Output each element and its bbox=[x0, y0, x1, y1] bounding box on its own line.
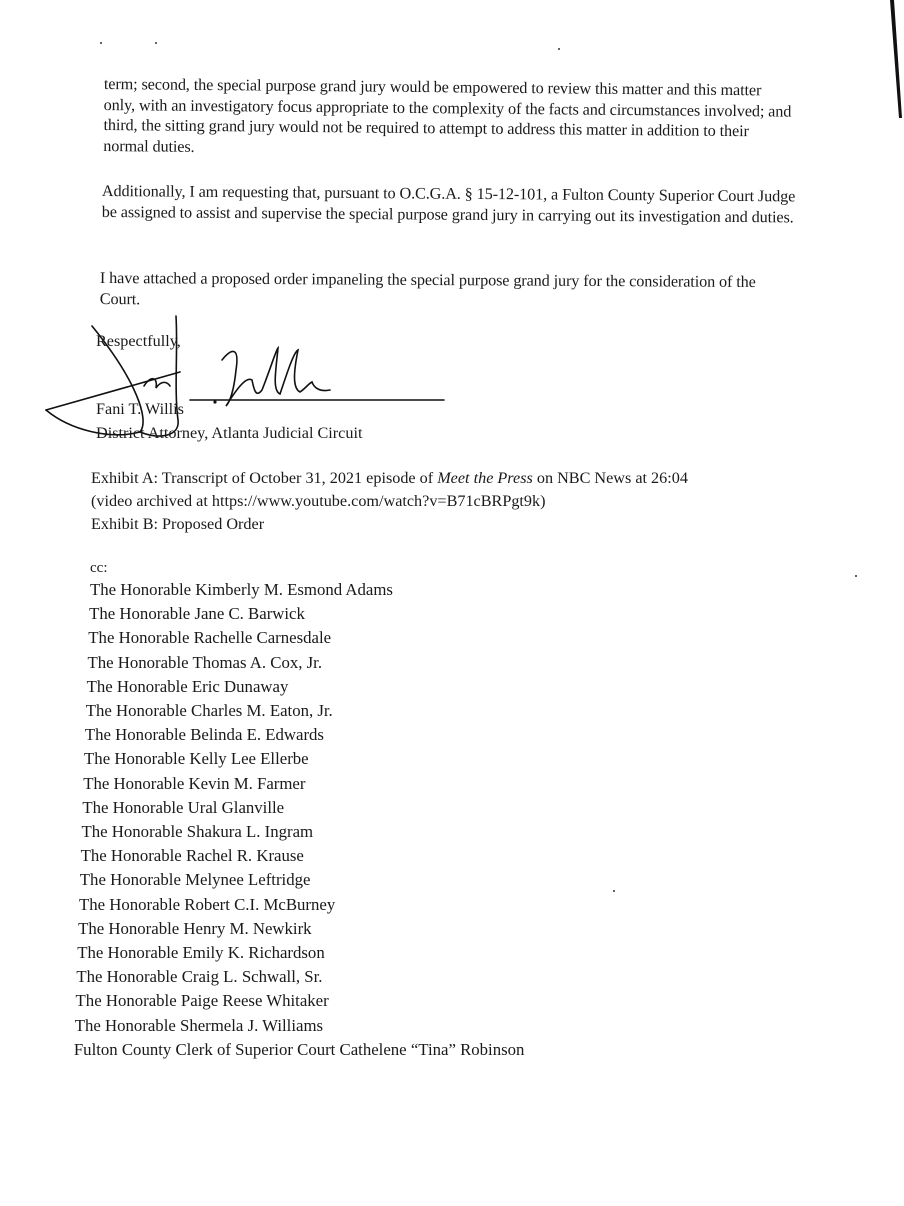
exhibit-a-prefix: Exhibit A: Transcript of October 31, 202… bbox=[91, 469, 437, 487]
paragraph-proposed-order: I have attached a proposed order impanel… bbox=[100, 268, 800, 313]
cc-recipient: The Honorable Craig L. Schwall, Sr. bbox=[76, 967, 322, 987]
scan-edge-mark-icon bbox=[888, 0, 904, 120]
scan-speck bbox=[613, 890, 615, 892]
cc-recipient: The Honorable Shakura L. Ingram bbox=[82, 822, 314, 842]
cc-recipient: The Honorable Rachel R. Krause bbox=[81, 846, 304, 866]
cc-label: cc: bbox=[90, 560, 107, 577]
scan-speck bbox=[155, 42, 157, 44]
exhibit-a-suffix: on NBC News at 26:04 bbox=[533, 469, 688, 487]
exhibit-a: Exhibit A: Transcript of October 31, 202… bbox=[91, 467, 811, 490]
cc-recipient: The Honorable Jane C. Barwick bbox=[89, 604, 305, 624]
cc-recipient: The Honorable Belinda E. Edwards bbox=[85, 725, 324, 745]
cc-recipient: The Honorable Robert C.I. McBurney bbox=[79, 895, 335, 915]
exhibit-a-video-link: (video archived at https://www.youtube.c… bbox=[91, 490, 811, 513]
scan-speck bbox=[100, 42, 102, 44]
cc-recipient: The Honorable Rachelle Carnesdale bbox=[88, 628, 331, 648]
signatory-title: District Attorney, Atlanta Judicial Circ… bbox=[96, 424, 362, 443]
cc-recipient: The Honorable Eric Dunaway bbox=[87, 677, 289, 697]
cc-recipient: Fulton County Clerk of Superior Court Ca… bbox=[74, 1040, 525, 1060]
exhibit-a-show-title: Meet the Press bbox=[437, 469, 533, 487]
cc-recipient: The Honorable Kelly Lee Ellerbe bbox=[84, 749, 309, 769]
cc-recipient: The Honorable Henry M. Newkirk bbox=[78, 919, 311, 939]
paragraph-judge-request: Additionally, I am requesting that, purs… bbox=[102, 181, 802, 227]
cc-recipient: The Honorable Thomas A. Cox, Jr. bbox=[87, 653, 322, 673]
exhibit-list: Exhibit A: Transcript of October 31, 202… bbox=[91, 467, 811, 536]
scan-speck bbox=[558, 48, 560, 50]
exhibit-b: Exhibit B: Proposed Order bbox=[91, 513, 811, 536]
cc-recipient: The Honorable Shermela J. Williams bbox=[75, 1016, 323, 1036]
paragraph-grand-jury-reasons: term; second, the special purpose grand … bbox=[103, 74, 794, 163]
signature-closing: Respectfully, bbox=[96, 332, 181, 351]
cc-recipient: The Honorable Charles M. Eaton, Jr. bbox=[86, 701, 333, 721]
cc-recipient: The Honorable Ural Glanville bbox=[82, 798, 284, 818]
scan-speck bbox=[855, 575, 857, 577]
signatory-name: Fani T. Willis bbox=[96, 400, 184, 419]
cc-recipient: The Honorable Paige Reese Whitaker bbox=[76, 991, 329, 1011]
cc-recipient: The Honorable Kimberly M. Esmond Adams bbox=[90, 580, 393, 600]
cc-recipient: The Honorable Emily K. Richardson bbox=[77, 943, 324, 963]
cc-recipient: The Honorable Kevin M. Farmer bbox=[83, 774, 305, 794]
cc-recipient: The Honorable Melynee Leftridge bbox=[80, 870, 311, 890]
signature-block: Respectfully, Fani T. Willis District At… bbox=[40, 310, 460, 450]
